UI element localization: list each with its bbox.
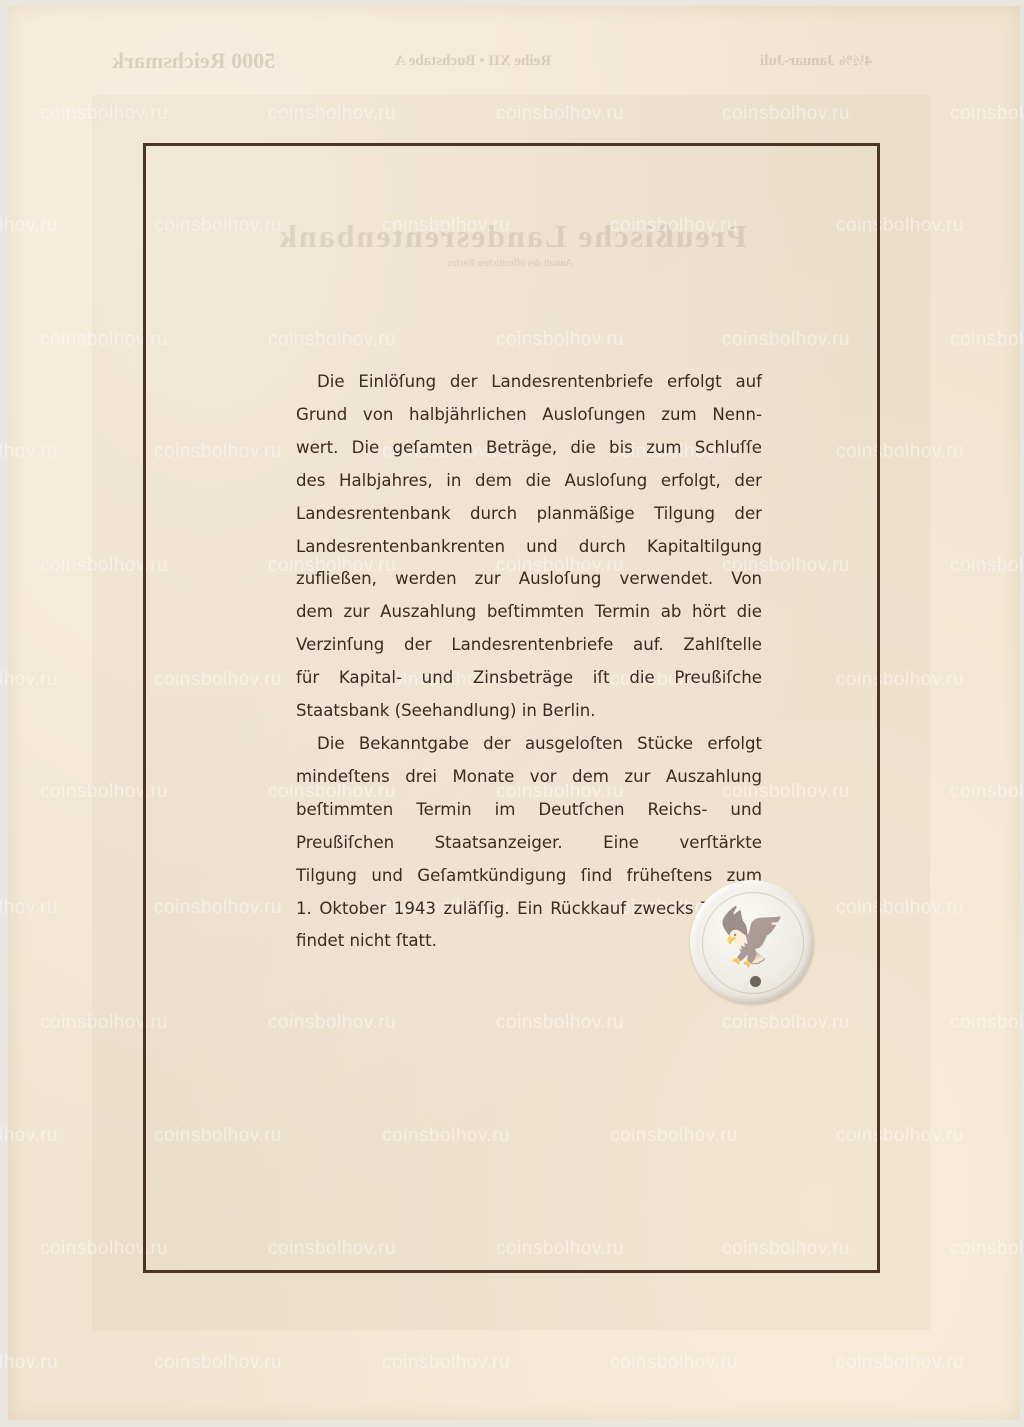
bleed-top-right: 5000 Reichsmark (112, 48, 275, 74)
watermark-text: coinsbolhov.ru (382, 1352, 510, 1374)
watermark-text: coinsbolhov.ru (950, 329, 1024, 351)
watermark-text: coinsbolhov.ru (496, 103, 624, 125)
text-line: Staatsbank (Seehandlung) in Berlin. (296, 695, 762, 728)
watermark-text: coinsbolhov.ru (0, 1125, 58, 1147)
text-line: Grund von halbjährlichen Ausloſungen zum… (296, 399, 762, 432)
text-line: Landesrentenbank durch planmäßige Tilgun… (296, 498, 762, 531)
watermark-text: coinsbolhov.ru (0, 897, 58, 919)
text-line: Verzinſung der Landesrentenbriefe auf. Z… (296, 629, 762, 662)
watermark-text: coinsbolhov.ru (268, 103, 396, 125)
watermark-text: coinsbolhov.ru (836, 1352, 964, 1374)
text-line: für Kapital- und Zinsbeträge iſt die Pre… (296, 662, 762, 695)
watermark-text: coinsbolhov.ru (950, 781, 1024, 803)
text-line: Landesrentenbankrenten und durch Kapital… (296, 531, 762, 564)
text-line: Die Bekanntgabe der ausgeloſten Stücke e… (296, 728, 762, 761)
text-line: Die Einlöſung der Landesrentenbriefe erf… (296, 366, 762, 399)
bleed-top-left: 4½% Januar-Juli (760, 53, 872, 70)
watermark-text: coinsbolhov.ru (0, 441, 58, 463)
watermark-text: coinsbolhov.ru (154, 1352, 282, 1374)
text-line: Preußiſchen Staatsanzeiger. Eine verſtär… (296, 827, 762, 860)
watermark-text: coinsbolhov.ru (950, 555, 1024, 577)
text-line: zufließen, werden zur Ausloſung verwende… (296, 563, 762, 596)
watermark-text: coinsbolhov.ru (950, 1238, 1024, 1260)
text-line: mindeſtens drei Monate vor dem zur Ausza… (296, 761, 762, 794)
watermark-text: coinsbolhov.ru (0, 215, 58, 237)
watermark-text: coinsbolhov.ru (950, 1012, 1024, 1034)
watermark-text: coinsbolhov.ru (722, 103, 850, 125)
text-line: dem zur Auszahlung beſtimmten Termin ab … (296, 596, 762, 629)
paragraph-redemption: Die Einlöſung der Landesrentenbriefe erf… (296, 366, 762, 728)
bleed-top-center: Reihe XII • Buchstabe A (395, 53, 551, 70)
text-line: wert. Die geſamten Beträge, die bis zum … (296, 432, 762, 465)
watermark-text: coinsbolhov.ru (610, 1352, 738, 1374)
watermark-text: coinsbolhov.ru (40, 103, 168, 125)
watermark-text: coinsbolhov.ru (950, 103, 1024, 125)
document-body: Die Einlöſung der Landesrentenbriefe erf… (296, 366, 762, 958)
text-line: beſtimmten Termin im Deutſchen Reichs- u… (296, 794, 762, 827)
text-line: Tilgung und Geſamtkündigung ſind früheſt… (296, 860, 762, 893)
punch-hole (750, 976, 761, 987)
embossed-seal: 🦅 (690, 880, 814, 1004)
watermark-text: coinsbolhov.ru (0, 1352, 58, 1374)
watermark-text: coinsbolhov.ru (0, 669, 58, 691)
eagle-emblem-icon: 🦅 (690, 902, 814, 972)
text-line: des Halbjahres, in dem die Ausloſung erf… (296, 465, 762, 498)
